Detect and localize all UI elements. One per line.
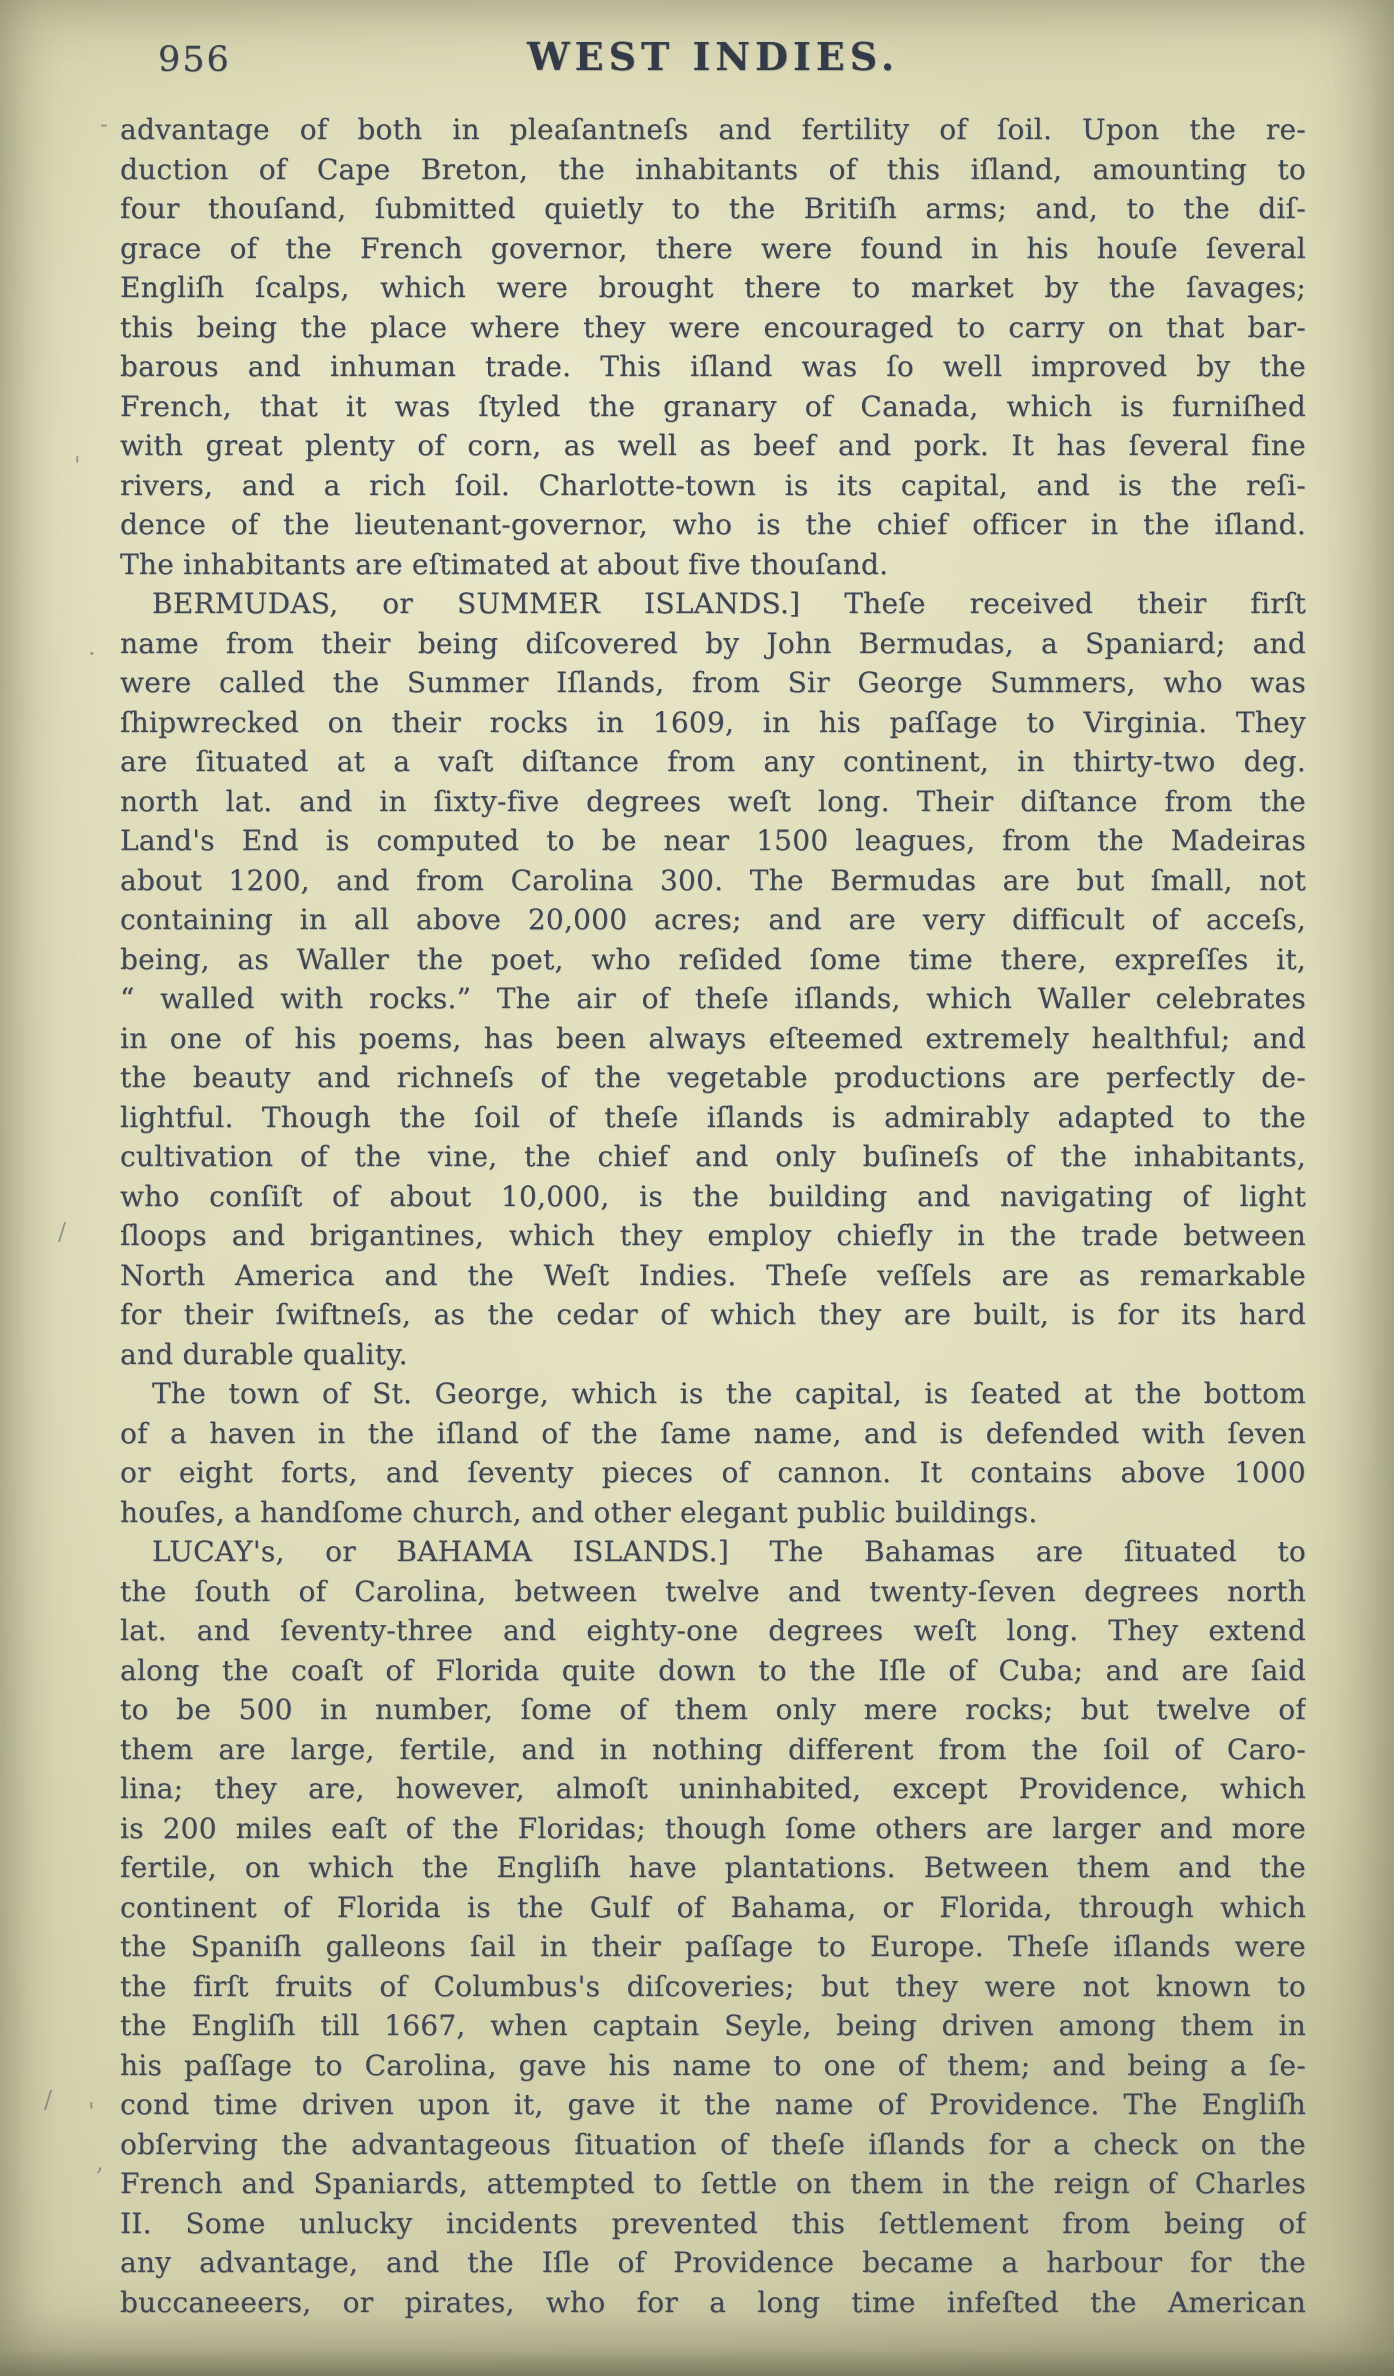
margin-mark: ': [88, 2098, 95, 2126]
text-line: BERMUDAS, or SUMMER ISLANDS.] Theſe rece…: [120, 584, 1306, 624]
text-line: duction of Cape Breton, the inhabitants …: [120, 150, 1306, 190]
margin-mark: /: [58, 1218, 66, 1246]
text-line: or eight forts, and ſeventy pieces of ca…: [120, 1453, 1306, 1493]
text-line: continent of Florida is the Gulf of Baha…: [120, 1888, 1306, 1928]
text-line: is 200 miles eaſt of the Floridas; thoug…: [120, 1809, 1306, 1849]
text-line: four thouſand, ſubmitted quietly to the …: [120, 189, 1306, 229]
text-line: Land's End is computed to be near 1500 l…: [120, 821, 1306, 861]
text-line: of a haven in the iſland of the ſame nam…: [120, 1414, 1306, 1454]
text-line: his paſſage to Carolina, gave his name t…: [120, 2046, 1306, 2086]
text-line: grace of the French governor, there were…: [120, 229, 1306, 269]
paragraph: LUCAY's, or BAHAMA ISLANDS.] The Bahamas…: [120, 1532, 1306, 2322]
text-line: with great plenty of corn, as well as be…: [120, 426, 1306, 466]
text-line: the Engliſh till 1667, when captain Seyl…: [120, 2006, 1306, 2046]
text-line: the ſouth of Carolina, between twelve an…: [120, 1572, 1306, 1612]
margin-mark: -: [100, 110, 108, 138]
text-line: to be 500 in number, ſome of them only m…: [120, 1690, 1306, 1730]
text-line: barous and inhuman trade. This iſland wa…: [120, 347, 1306, 387]
text-line: who conſiſt of about 10,000, is the buil…: [120, 1177, 1306, 1217]
text-line: North America and the Weſt Indies. Theſe…: [120, 1256, 1306, 1296]
text-line: name from their being diſcovered by John…: [120, 624, 1306, 664]
book-page-scan: 956 WEST INDIES. advantage of both in pl…: [0, 0, 1394, 2376]
paragraph: advantage of both in pleaſantneſs and fe…: [120, 110, 1306, 584]
running-header: WEST INDIES.: [120, 34, 1306, 79]
text-line: lightful. Though the ſoil of theſe iſlan…: [120, 1098, 1306, 1138]
text-line: in one of his poems, has been always eſt…: [120, 1019, 1306, 1059]
text-line: the Spaniſh galleons ſail in their paſſa…: [120, 1927, 1306, 1967]
text-line: about 1200, and from Carolina 300. The B…: [120, 861, 1306, 901]
text-line: obſerving the advantageous ſituation of …: [120, 2125, 1306, 2165]
text-line: for their ſwiftneſs, as the cedar of whi…: [120, 1295, 1306, 1335]
text-line: The inhabitants are eſtimated at about f…: [120, 545, 1306, 585]
text-line: being, as Waller the poet, who reſided ſ…: [120, 940, 1306, 980]
text-line: The town of St. George, which is the cap…: [120, 1374, 1306, 1414]
text-line: containing in all above 20,000 acres; an…: [120, 900, 1306, 940]
text-line: buccaneeers, or pirates, who for a long …: [120, 2283, 1306, 2323]
text-line: the beauty and richneſs of the vegetable…: [120, 1058, 1306, 1098]
text-line: cultivation of the vine, the chief and o…: [120, 1137, 1306, 1177]
margin-mark: ·: [88, 640, 96, 668]
text-line: Engliſh ſcalps, which were brought there…: [120, 268, 1306, 308]
text-line: advantage of both in pleaſantneſs and fe…: [120, 110, 1306, 150]
text-line: lina; they are, however, almoſt uninhabi…: [120, 1769, 1306, 1809]
text-line: ſhipwrecked on their rocks in 1609, in h…: [120, 703, 1306, 743]
body-text-block: advantage of both in pleaſantneſs and fe…: [120, 110, 1306, 2322]
text-line: ſloops and brigantines, which they emplo…: [120, 1216, 1306, 1256]
text-line: lat. and ſeventy-three and eighty-one de…: [120, 1611, 1306, 1651]
paragraph: BERMUDAS, or SUMMER ISLANDS.] Theſe rece…: [120, 584, 1306, 1374]
margin-mark: /: [44, 2086, 52, 2114]
text-line: French, that it was ſtyled the granary o…: [120, 387, 1306, 427]
text-line: French and Spaniards, attempted to ſettl…: [120, 2164, 1306, 2204]
text-line: dence of the lieutenant-governor, who is…: [120, 505, 1306, 545]
paragraph: The town of St. George, which is the cap…: [120, 1374, 1306, 1532]
text-line: cond time driven upon it, gave it the na…: [120, 2085, 1306, 2125]
text-line: are ſituated at a vaſt diſtance from any…: [120, 742, 1306, 782]
text-line: rivers, and a rich ſoil. Charlotte-town …: [120, 466, 1306, 506]
text-line: this being the place where they were enc…: [120, 308, 1306, 348]
margin-mark: ,: [96, 2148, 104, 2176]
scan-bottom-shadow: [0, 2350, 1394, 2376]
text-line: fertile, on which the Engliſh have plant…: [120, 1848, 1306, 1888]
text-line: houſes, a handſome church, and other ele…: [120, 1493, 1306, 1533]
text-line: the firſt fruits of Columbus's diſcoveri…: [120, 1967, 1306, 2007]
text-line: “ walled with rocks.” The air of theſe i…: [120, 979, 1306, 1019]
text-line: any advantage, and the Iſle of Providenc…: [120, 2243, 1306, 2283]
text-line: LUCAY's, or BAHAMA ISLANDS.] The Bahamas…: [120, 1532, 1306, 1572]
text-line: them are large, fertile, and in nothing …: [120, 1730, 1306, 1770]
text-line: II. Some unlucky incidents prevented thi…: [120, 2204, 1306, 2244]
text-line: and durable quality.: [120, 1335, 1306, 1375]
text-line: were called the Summer Iſlands, from Sir…: [120, 663, 1306, 703]
margin-mark: ': [74, 452, 81, 480]
text-line: along the coaſt of Florida quite down to…: [120, 1651, 1306, 1691]
text-line: north lat. and in ſixty-five degrees weſ…: [120, 782, 1306, 822]
